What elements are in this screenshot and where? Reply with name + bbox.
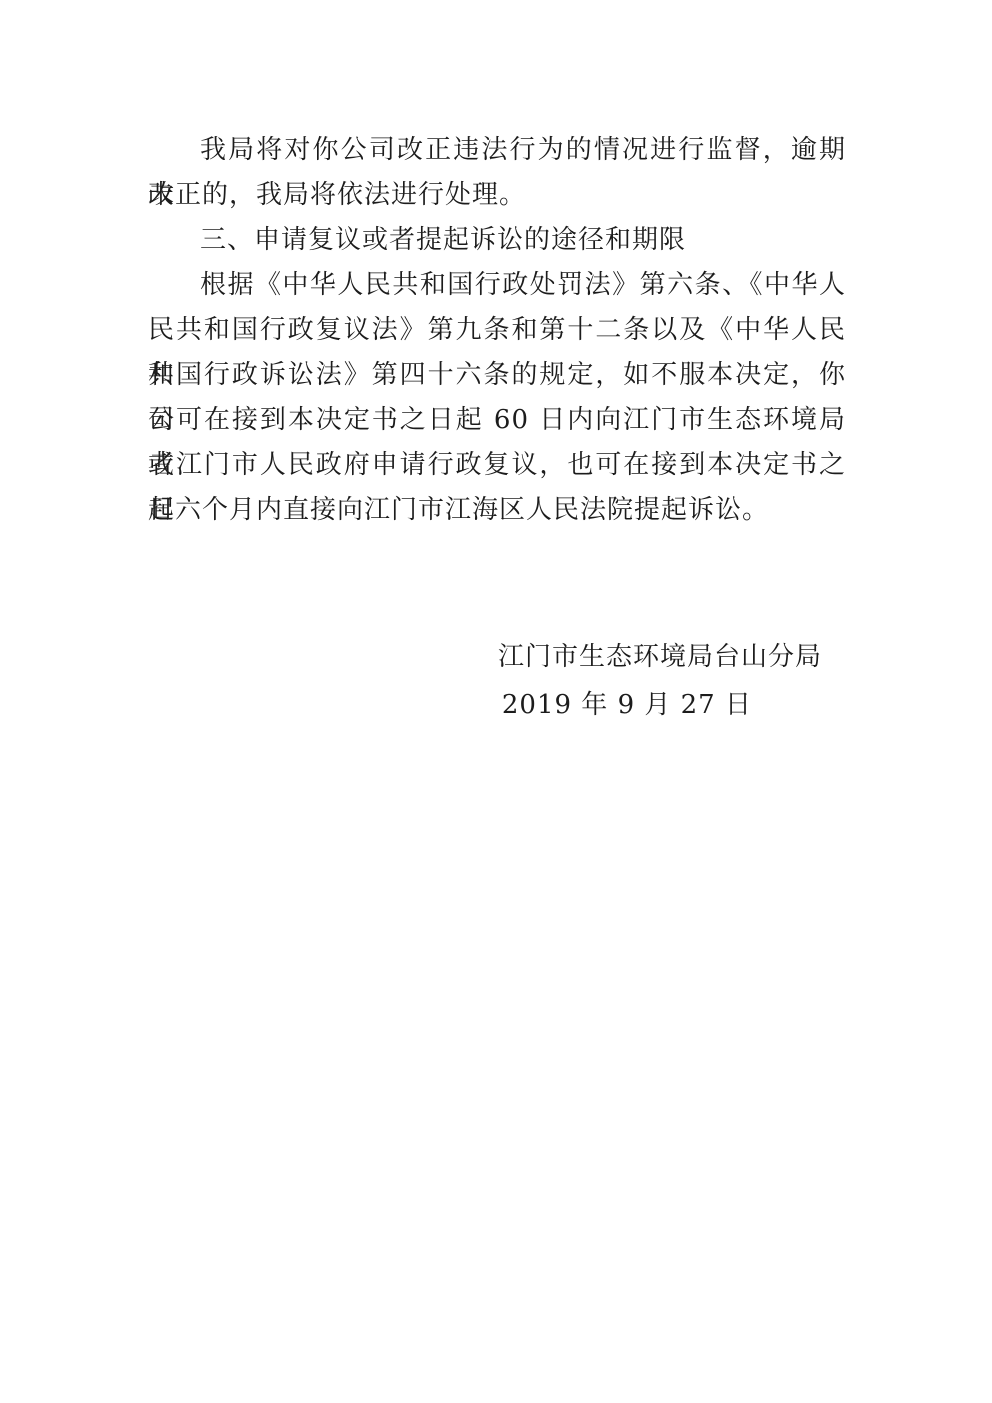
body-line: 我局将对你公司改正违法行为的情况进行监督，逾期未 [148, 128, 846, 173]
body-line: 者江门市人民政府申请行政复议，也可在接到本决定书之日 [148, 443, 846, 488]
body-line: 司可在接到本决定书之日起 60 日内向江门市生态环境局或 [148, 398, 846, 443]
body-line: 根据《中华人民共和国行政处罚法》第六条、《中华人 [148, 263, 846, 308]
signature-block: 江门市生态环境局台山分局 2019 年 9 月 27 日 [148, 633, 846, 729]
document-body: 我局将对你公司改正违法行为的情况进行监督，逾期未 改正的，我局将依法进行处理。 … [148, 128, 846, 729]
section-heading: 三、申请复议或者提起诉讼的途径和期限 [148, 218, 846, 263]
body-line: 起六个月内直接向江门市江海区人民法院提起诉讼。 [148, 488, 846, 533]
body-line: 和国行政诉讼法》第四十六条的规定，如不服本决定，你公 [148, 353, 846, 398]
signature-date: 2019 年 9 月 27 日 [148, 681, 846, 729]
document-page: 我局将对你公司改正违法行为的情况进行监督，逾期未 改正的，我局将依法进行处理。 … [0, 0, 992, 1403]
body-line: 改正的，我局将依法进行处理。 [148, 173, 846, 218]
body-line: 民共和国行政复议法》第九条和第十二条以及《中华人民共 [148, 308, 846, 353]
signature-issuer: 江门市生态环境局台山分局 [148, 633, 846, 681]
